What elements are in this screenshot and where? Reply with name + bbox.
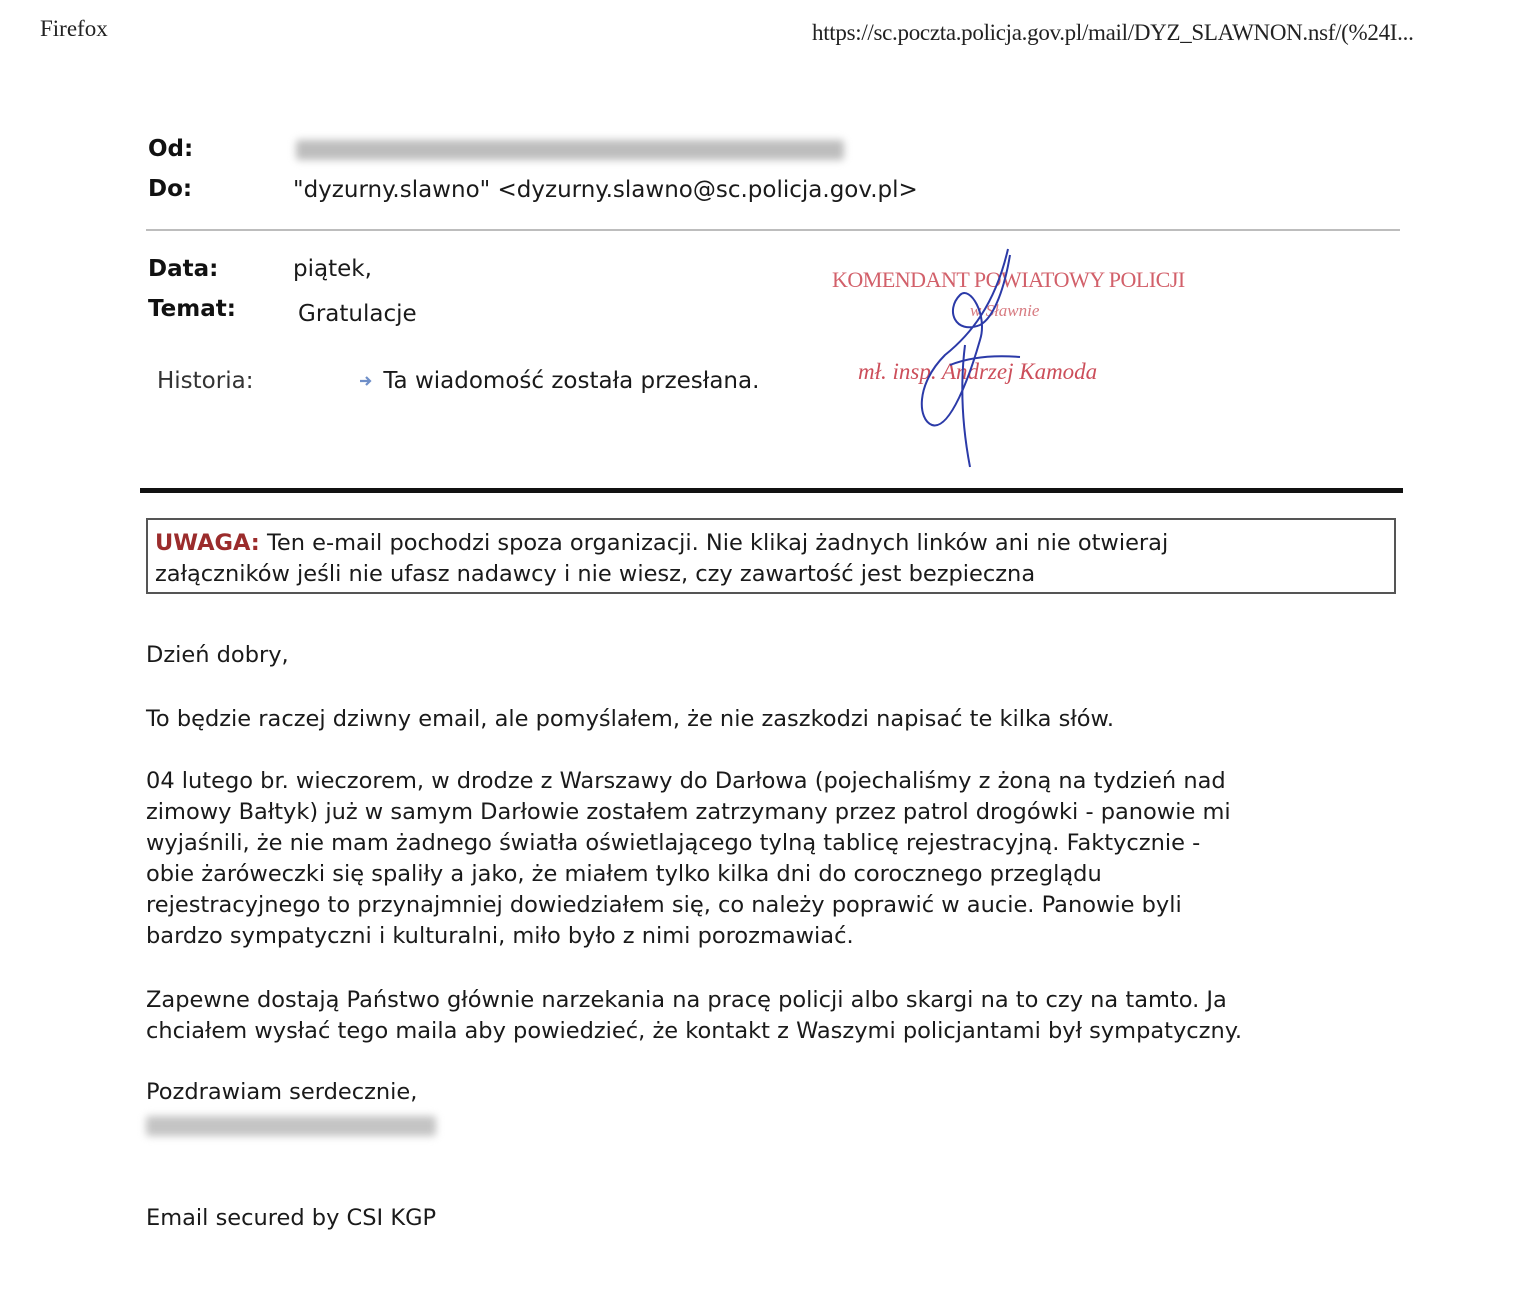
paragraph-1-line: wyjaśnili, że nie mam żadnego światła oś… [146,828,1406,859]
to-value[interactable]: "dyzurny.slawno" <dyzurny.slawno@sc.poli… [293,177,918,203]
official-stamp: KOMENDANT POWIATOWY POLICJI w Sławnie mł… [820,245,1220,475]
greeting: Dzień dobry, [146,640,1406,671]
footer-security-note: Email secured by CSI KGP [146,1203,1406,1234]
paragraph-1-line: zimowy Bałtyk) już w samym Darłowie zost… [146,797,1406,828]
subject-row: Temat: [148,296,236,322]
section-divider [140,488,1403,493]
to-label: Do: [148,176,192,202]
warning-text-line1: Ten e-mail pochodzi spoza organizacji. N… [260,530,1168,556]
date-row: Data: [148,256,218,282]
paragraph-1-line: 04 lutego br. wieczorem, w drodze z Wars… [146,766,1406,797]
subject-label: Temat: [148,296,236,322]
to-row: Do: [148,176,192,202]
history-label: Historia: [157,368,253,394]
redacted-sender [296,140,844,160]
date-label: Data: [148,256,218,282]
handwritten-signature-icon [820,245,1220,475]
paragraph-1: 04 lutego br. wieczorem, w drodze z Wars… [146,766,1406,952]
signature-name-redacted [146,1114,1406,1145]
paragraph-2: Zapewne dostają Państwo głównie narzekan… [146,985,1406,1047]
subject-value: Gratulacje [298,301,417,327]
external-email-warning: UWAGA: Ten e-mail pochodzi spoza organiz… [146,518,1396,594]
intro-paragraph: To będzie raczej dziwny email, ale pomyś… [146,704,1406,735]
print-header-app-name: Firefox [40,16,108,42]
history-value-row: Ta wiadomość została przesłana. [358,368,759,395]
closing: Pozdrawiam serdecznie, [146,1077,1406,1108]
header-divider [146,229,1400,231]
history-value: Ta wiadomość została przesłana. [383,368,759,394]
paragraph-1-line: obie żaróweczki się spaliły a jako, że m… [146,859,1406,890]
paragraph-1-line: bardzo sympatyczni i kulturalni, miło by… [146,921,1406,952]
redacted-signature [146,1116,436,1136]
paragraph-2-line: Zapewne dostają Państwo głównie narzekan… [146,985,1406,1016]
warning-text-line2: załączników jeśli nie ufasz nadawcy i ni… [155,561,1035,587]
from-label: Od: [148,136,193,162]
forwarded-arrow-icon [358,369,376,395]
paragraph-1-line: rejestracyjnego to przynajmniej dowiedzi… [146,890,1406,921]
from-value-redacted [296,140,844,166]
print-header-url: https://sc.poczta.policja.gov.pl/mail/DY… [812,20,1414,46]
from-row: Od: [148,136,193,162]
paragraph-2-line: chciałem wysłać tego maila aby powiedzie… [146,1016,1406,1047]
date-value: piątek, [293,256,372,282]
warning-label: UWAGA: [155,530,260,556]
